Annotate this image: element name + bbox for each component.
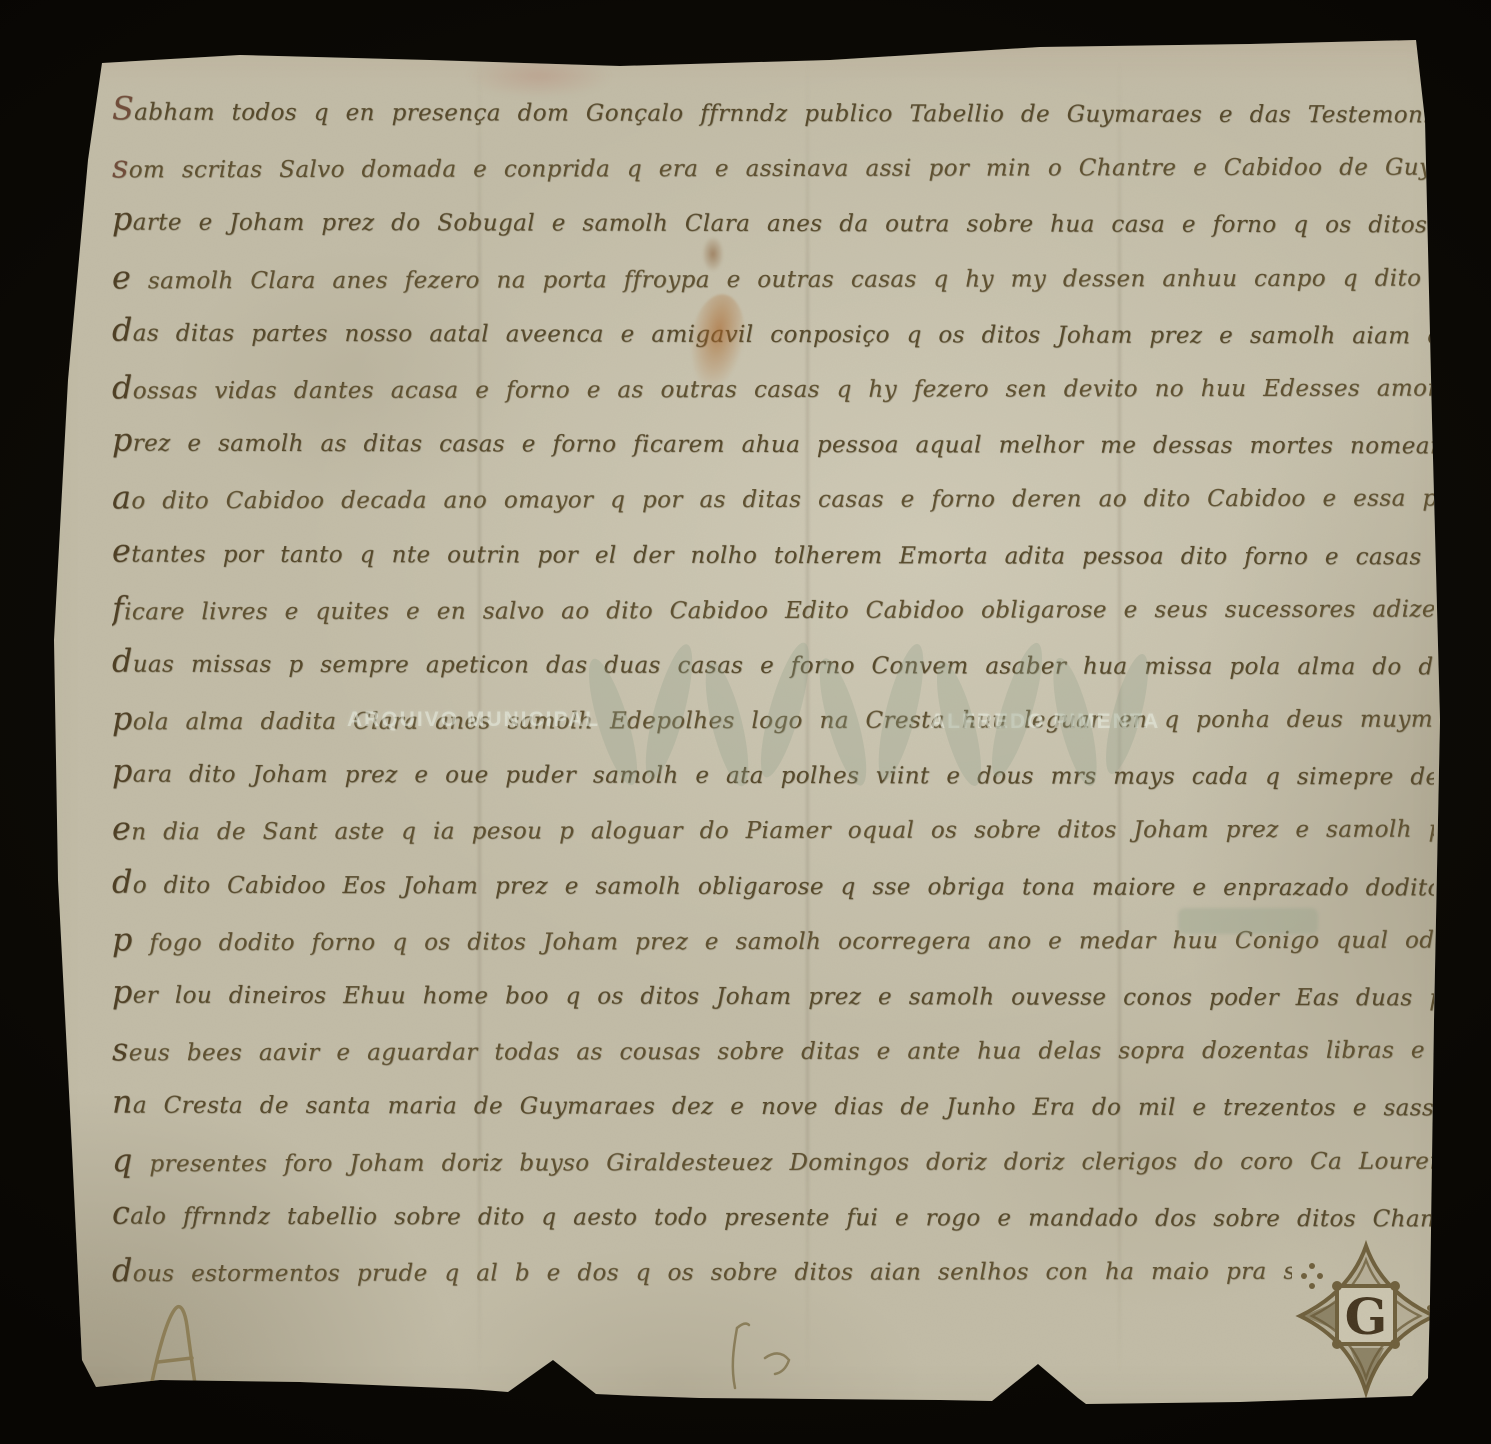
notary-sign: G [0,0,1491,1444]
notary-initial: G [1345,1287,1388,1346]
parchment: Sabham todos q en presença dom Gonçalo f… [0,0,1491,1444]
photo-background: Sabham todos q en presença dom Gonçalo f… [0,0,1491,1444]
descender-stroke [733,1324,789,1388]
pen-mark-a [150,1307,196,1392]
